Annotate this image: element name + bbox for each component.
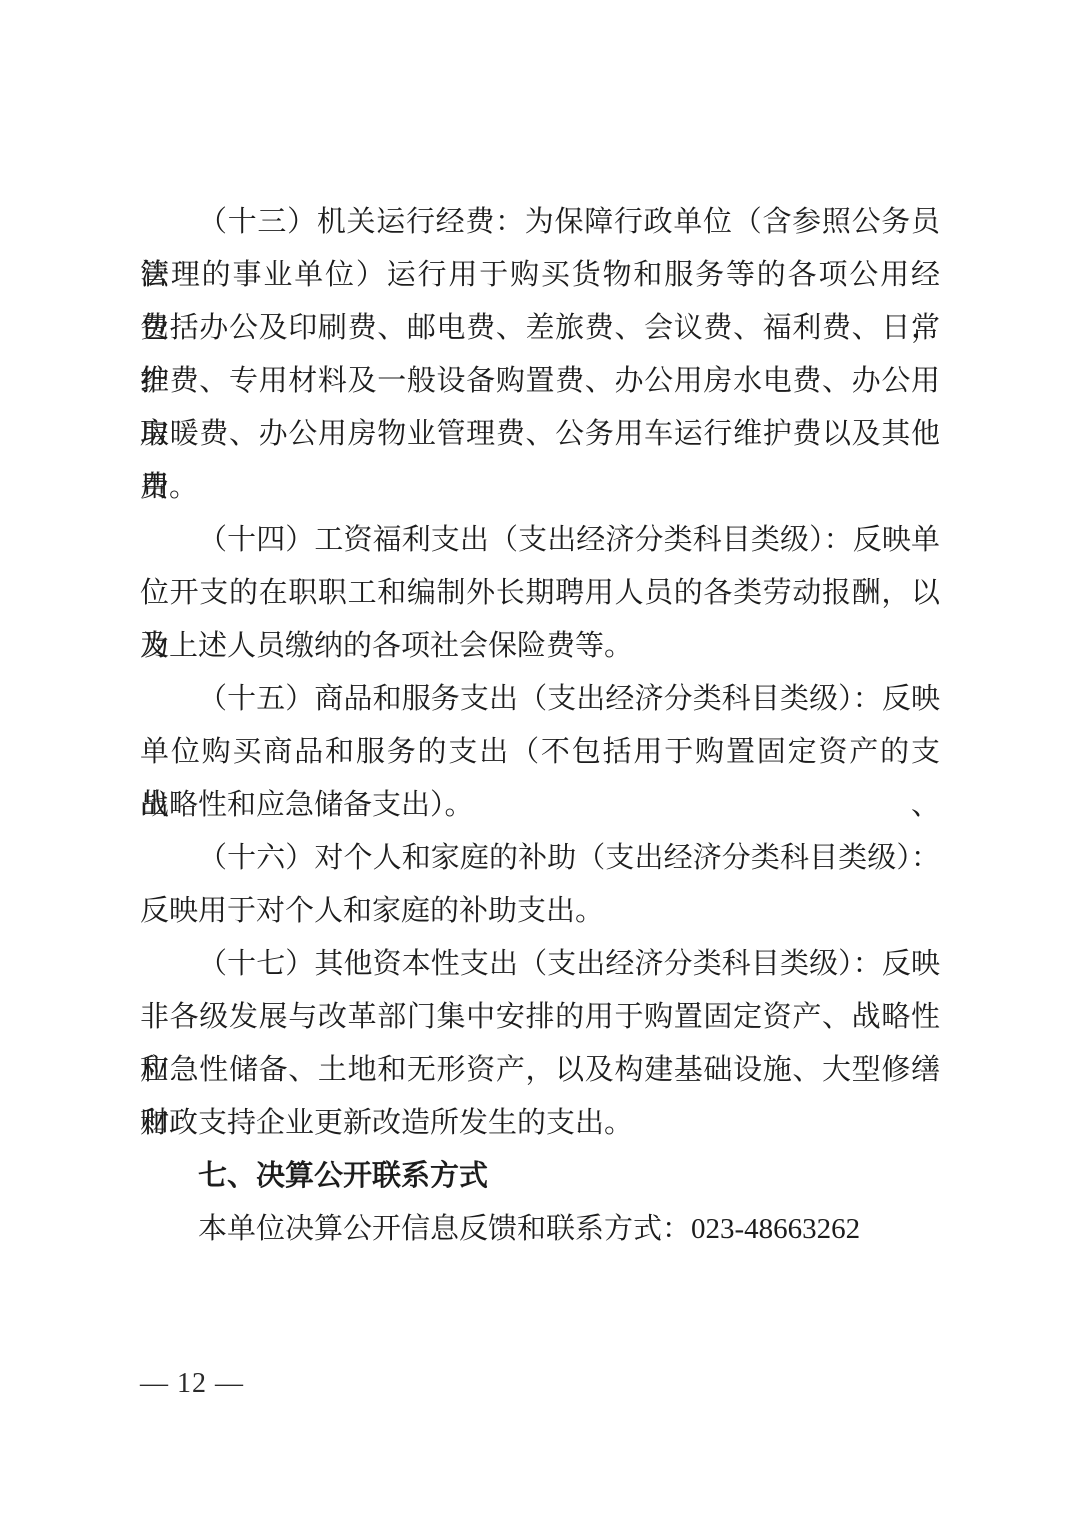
page-number: — 12 — [140,1368,244,1400]
text-line: 本单位决算公开信息反馈和联系方式：023-48663262 [140,1203,940,1256]
text-line: （十四）工资福利支出（支出经济分类科目类级）：反映单 [140,514,940,567]
text-line: 财政支持企业更新改造所发生的支出。 [140,1097,940,1150]
text-line: （十三）机关运行经费：为保障行政单位（含参照公务员法 [140,196,940,249]
text-line: 单位购买商品和服务的支出（不包括用于购置固定资产的支出、 [140,726,940,779]
text-line: 护费、专用材料及一般设备购置费、办公用房水电费、办公用房 [140,355,940,408]
text-line: 取暖费、办公用房物业管理费、公务用车运行维护费以及其他费 [140,408,940,461]
document-body: （十三）机关运行经费：为保障行政单位（含参照公务员法管理的事业单位）运行用于购买… [140,196,940,1256]
text-line: 包括办公及印刷费、邮电费、差旅费、会议费、福利费、日常维 [140,302,940,355]
text-line: （十六）对个人和家庭的补助（支出经济分类科目类级）： [140,832,940,885]
text-line: （十五）商品和服务支出（支出经济分类科目类级）：反映 [140,673,940,726]
text-line: 反映用于对个人和家庭的补助支出。 [140,885,940,938]
text-line: 七、决算公开联系方式 [140,1150,940,1203]
text-line: 用。 [140,461,940,514]
text-line: 位开支的在职职工和编制外长期聘用人员的各类劳动报酬，以及 [140,567,940,620]
document-page: （十三）机关运行经费：为保障行政单位（含参照公务员法管理的事业单位）运行用于购买… [0,0,1074,1520]
text-line: 应急性储备、土地和无形资产，以及构建基础设施、大型修缮和 [140,1044,940,1097]
text-line: 管理的事业单位）运行用于购买货物和服务等的各项公用经费， [140,249,940,302]
text-line: 非各级发展与改革部门集中安排的用于购置固定资产、战略性和 [140,991,940,1044]
text-line: （十七）其他资本性支出（支出经济分类科目类级）：反映 [140,938,940,991]
text-line: 为上述人员缴纳的各项社会保险费等。 [140,620,940,673]
